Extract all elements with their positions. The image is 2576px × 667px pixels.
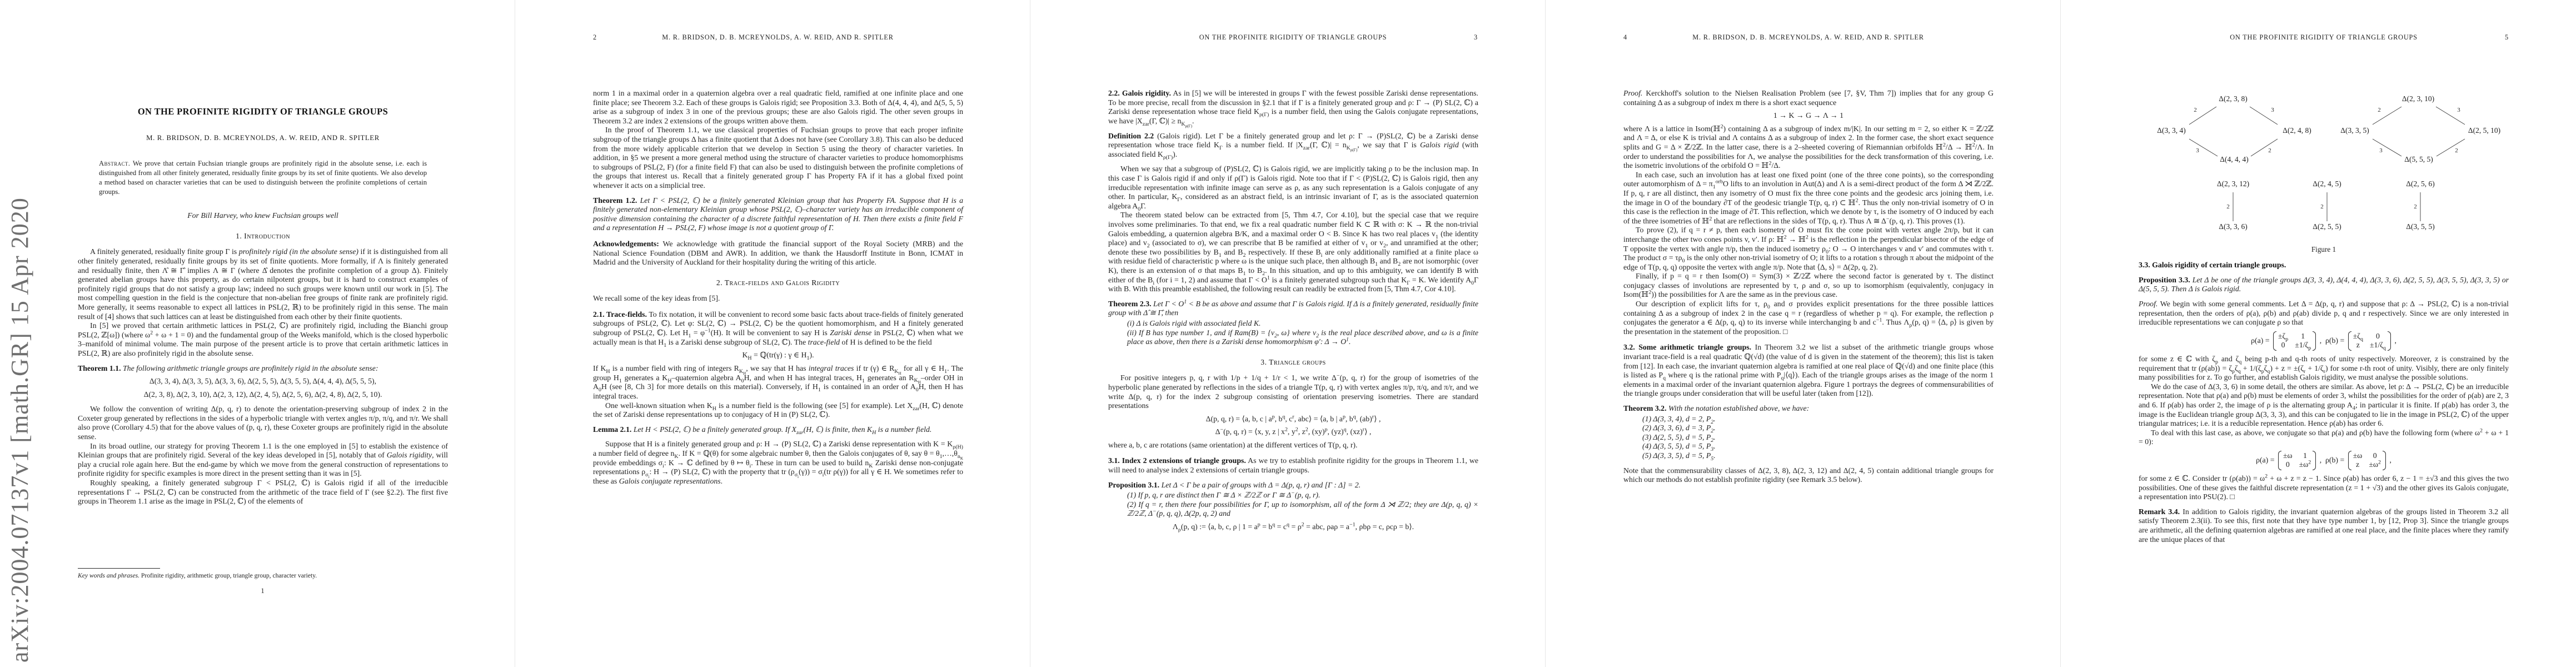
running-head-page-number: 3 <box>1474 33 1478 42</box>
display-exact-sequence: 1 → K → G → Λ → 1 <box>1623 111 1994 121</box>
figure-1: 23322332222Δ(2, 3, 8)Δ(3, 3, 4)Δ(2, 4, 8… <box>2139 89 2509 254</box>
proposition-3-3-text: Let Δ be one of the triangle groups Δ(3,… <box>2139 276 2509 293</box>
page4-para-2: where Λ is a lattice in Isom(ℍ2) contain… <box>1623 125 1994 171</box>
theorem-2-3: Theorem 2.3. Let Γ < O1 < B be as above … <box>1108 300 1478 347</box>
page4-para-3: In each case, such an involution has at … <box>1623 171 1994 226</box>
recall-line: We recall some of the key ideas from [5]… <box>593 294 963 303</box>
svg-text:Δ(3, 5, 5): Δ(3, 5, 5) <box>2406 222 2434 231</box>
running-head-page-number: 4 <box>1623 33 1627 42</box>
theorem-3-2-item-5: (5) Δ(3, 3, 5), d = 5, P5. <box>1642 451 1994 461</box>
page2-para-4: Suppose that H is a finitely generated g… <box>593 440 963 486</box>
page2-para-1: In the proof of Theorem 1.1, we use clas… <box>593 126 963 190</box>
five-page-spread: arXiv:2004.07137v1 [math.GR] 15 Apr 2020… <box>0 0 2576 667</box>
svg-text:2: 2 <box>2194 107 2197 113</box>
remark-3-4-label: Remark 3.4. <box>2139 507 2180 516</box>
proof-para-3: We do the case of Δ(3, 3, 6) in some det… <box>2139 382 2509 429</box>
section-heading-triangle-groups: 3. Triangle groups <box>1108 358 1478 367</box>
matrix-1-end: , <box>2394 336 2396 345</box>
dedication: For Bill Harvey, who knew Fuchsian group… <box>78 211 448 221</box>
svg-text:2: 2 <box>2378 107 2381 113</box>
footnote-rule <box>78 568 160 569</box>
footnote-label: Key words and phrases. <box>78 572 139 579</box>
page3-para-3: For positive integers p, q, r with 1/p +… <box>1108 374 1478 410</box>
svg-text:2: 2 <box>2226 203 2230 210</box>
remark-3-4-text: In addition to Galois rigidity, the inva… <box>2139 507 2509 544</box>
proposition-3-3: Proposition 3.3. Let Δ be one of the tri… <box>2139 276 2509 294</box>
commensurability-diagram: 23322332222Δ(2, 3, 8)Δ(3, 3, 4)Δ(2, 4, 8… <box>2140 89 2507 238</box>
proof-para-1: We begin with some general comments. Let… <box>2139 300 2509 326</box>
running-head-authors: M. R. BRIDSON, D. B. MCREYNOLDS, A. W. R… <box>1623 33 1993 42</box>
theorem-1-2-text: Let Γ < PSL(2, ℂ) be a finitely generate… <box>593 196 963 232</box>
running-head-page-number: 2 <box>593 33 597 42</box>
matrix-1-mid: , ρ(b) = <box>2320 336 2345 345</box>
subsection-2-2: 2.2. Galois rigidity. As in [5] we will … <box>1108 89 1478 126</box>
proof-label: Proof. <box>2139 300 2158 308</box>
section-heading-introduction: 1. Introduction <box>78 232 448 241</box>
svg-text:Δ(2, 5, 5): Δ(2, 5, 5) <box>2313 222 2341 231</box>
proof-proposition-3-1: Proof. Kerckhoff's solution to the Niels… <box>1623 89 1994 107</box>
theorem-1-1-label: Theorem 1.1. <box>78 364 121 372</box>
page2-para-3: One well-known situation when KH is a nu… <box>593 401 963 420</box>
page-1: arXiv:2004.07137v1 [math.GR] 15 Apr 2020… <box>0 0 515 667</box>
proposition-3-1-label: Proposition 3.1. <box>1108 481 1159 489</box>
subsection-3-3-heading: 3.3. Galois rigidity of certain triangle… <box>2139 261 2286 269</box>
theorem-2-3-item-i: (i) Δ is Galois rigid with associated fi… <box>1127 319 1478 328</box>
lemma-2-1-text: Let H < PSL(2, ℂ) be a finitely generate… <box>634 425 932 434</box>
intro-para-2: In [5] we proved that certain arithmetic… <box>78 321 448 358</box>
matrix-2-end: , <box>2389 456 2391 464</box>
abstract-block: Abstract. We prove that certain Fuchsian… <box>99 159 427 197</box>
theorem-3-2-text: With the notation established above, we … <box>1668 404 1809 412</box>
svg-text:2: 2 <box>2414 203 2417 210</box>
section-heading-trace-fields: 2. Trace-fields and Galois Rigidity <box>593 278 963 288</box>
subsection-3-2: 3.2. Some arithmetic triangle groups. In… <box>1623 343 1994 399</box>
matrix-1-lhs: ρ(a) = <box>2251 336 2269 345</box>
matrix-rho-b: ±ζq0z±1/ζq <box>2348 331 2391 351</box>
page-number-1: 1 <box>78 587 447 595</box>
page3-para-2: The theorem stated below can be extracte… <box>1108 211 1478 293</box>
svg-text:Δ(2, 4, 5): Δ(2, 4, 5) <box>2313 180 2341 188</box>
page4-note: Note that the commensurability classes o… <box>1623 466 1994 485</box>
theorem-3-2-item-4: (4) Δ(3, 5, 5), d = 5, P3. <box>1642 442 1994 451</box>
theorem-1-1-groups-line-1: Δ(3, 3, 4), Δ(3, 3, 5), Δ(3, 3, 6), Δ(2,… <box>78 377 448 386</box>
definition-2-2-label: Definition 2.2 <box>1108 132 1154 140</box>
subsection-3-1: 3.1. Index 2 extensions of triangle grou… <box>1108 456 1478 475</box>
running-head-page-4: 4 M. R. BRIDSON, D. B. MCREYNOLDS, A. W.… <box>1623 33 1993 42</box>
proof-para-5: for some z ∈ ℂ. Consider tr (ρ(ab)) = ω2… <box>2139 474 2509 502</box>
where-line: where a, b, c are rotations (same orient… <box>1108 441 1478 450</box>
running-head-page-number: 5 <box>2505 33 2509 42</box>
lemma-2-1: Lemma 2.1. Let H < PSL(2, ℂ) be a finite… <box>593 425 963 435</box>
running-head-page-5: ON THE PROFINITE RIGIDITY OF TRIANGLE GR… <box>2139 33 2509 42</box>
acknowledgements: Acknowledgements: We acknowledge with gr… <box>593 240 963 267</box>
page4-para-6: Our description of explicit lifts for τ,… <box>1623 300 1994 336</box>
remark-3-4: Remark 3.4. In addition to Galois rigidi… <box>2139 507 2509 544</box>
display-trace-field: KH = ℚ(tr(γ) : γ ∈ H1). <box>593 351 963 360</box>
subsection-2-1-text: To fix notation, it will be convenient t… <box>593 310 963 346</box>
running-head-title: ON THE PROFINITE RIGIDITY OF TRIANGLE GR… <box>2139 33 2509 42</box>
subsection-3-2-label: 3.2. Some arithmetic triangle groups. <box>1623 343 1751 351</box>
svg-text:2: 2 <box>2455 147 2458 154</box>
proposition-3-1-item-1: (1) If p, q, r are distinct then Γ ≅ Δ ×… <box>1127 491 1478 500</box>
theorem-3-2: Theorem 3.2. With the notation establish… <box>1623 404 1994 461</box>
page-4: 4 M. R. BRIDSON, D. B. MCREYNOLDS, A. W.… <box>1546 0 2061 667</box>
subsection-3-1-label: 3.1. Index 2 extensions of triangle grou… <box>1108 456 1246 465</box>
svg-text:Δ(2, 3, 10): Δ(2, 3, 10) <box>2402 94 2434 103</box>
svg-text:Δ(2, 3, 12): Δ(2, 3, 12) <box>2217 180 2249 188</box>
matrix-rho-a: ±ζp10±1/ζp <box>2273 331 2316 351</box>
svg-text:Δ(4, 4, 4): Δ(4, 4, 4) <box>2220 155 2248 163</box>
page2-para-2: If KH is a number field with ring of int… <box>593 364 963 401</box>
proposition-3-1: Proposition 3.1. Let Δ < Γ be a pair of … <box>1108 481 1478 532</box>
theorem-1-1: Theorem 1.1. The following arithmetic tr… <box>78 364 448 400</box>
page4-para-4: To prove (2), if q = r ≠ p, then each is… <box>1623 226 1994 272</box>
abstract-label: Abstract. <box>99 160 130 167</box>
svg-text:2: 2 <box>2320 203 2324 210</box>
abstract-text: We prove that certain Fuchsian triangle … <box>99 160 427 196</box>
intro-para-1: A finitely generated, residually finite … <box>78 247 448 321</box>
matrix-rho-b-omega: ±ω0z±ω2 <box>2348 451 2386 470</box>
theorem-2-3-text: Let Γ < O1 < B be as above and assume th… <box>1108 300 1478 317</box>
page4-para-5: Finally, if p = q = r then Isom(O) = Sym… <box>1623 272 1994 300</box>
proposition-3-1-text: Let Δ < Γ be a pair of groups with Δ = Δ… <box>1162 481 1361 489</box>
proof-para-2: for some z ∈ ℂ with ζp and ζq being p-th… <box>2139 355 2509 382</box>
arxiv-watermark: arXiv:2004.07137v1 [math.GR] 15 Apr 2020 <box>6 197 34 663</box>
svg-text:Δ(3, 3, 5): Δ(3, 3, 5) <box>2340 126 2369 135</box>
matrix-2-mid: , ρ(b) = <box>2320 456 2345 464</box>
paper-title: ON THE PROFINITE RIGIDITY OF TRIANGLE GR… <box>78 107 448 117</box>
matrix-2-lhs: ρ(a) = <box>2256 456 2274 464</box>
theorem-1-1-text: The following arithmetic triangle groups… <box>123 364 378 372</box>
svg-text:Δ(2, 5, 6): Δ(2, 5, 6) <box>2406 180 2434 188</box>
display-lambda-presentation: Λρ(p, q) := ⟨a, b, c, ρ | 1 = ap = bq = … <box>1108 522 1478 532</box>
matrix-display-1: ρ(a) = ±ζp10±1/ζp , ρ(b) = ±ζq0z±1/ζq , <box>2139 331 2509 351</box>
subsection-2-2-label: 2.2. Galois rigidity. <box>1108 89 1171 97</box>
theorem-1-2: Theorem 1.2. Let Γ < PSL(2, ℂ) be a fini… <box>593 196 963 233</box>
page-2: 2 M. R. BRIDSON, D. B. MCREYNOLDS, A. W.… <box>515 0 1030 667</box>
subsection-2-1: 2.1. Trace-fields. To fix notation, it w… <box>593 310 963 347</box>
definition-2-2-text: (Galois rigid). Let Γ be a finitely gene… <box>1108 132 1478 158</box>
footnote-text: Profinite rigidity, arithmetic group, tr… <box>141 572 317 579</box>
proof-label: Proof. <box>1623 89 1642 97</box>
proof-proposition-3-3: Proof. We begin with some general commen… <box>2139 300 2509 327</box>
subsection-2-1-label: 2.1. Trace-fields. <box>593 310 647 318</box>
authors-line: M. R. BRIDSON, D. B. MCREYNOLDS, A. W. R… <box>78 133 448 143</box>
running-head-authors: M. R. BRIDSON, D. B. MCREYNOLDS, A. W. R… <box>593 33 963 42</box>
svg-text:3: 3 <box>2196 147 2199 154</box>
svg-text:Δ(2, 5, 10): Δ(2, 5, 10) <box>2468 126 2500 135</box>
running-head-title: ON THE PROFINITE RIGIDITY OF TRIANGLE GR… <box>1108 33 1478 42</box>
page-5: ON THE PROFINITE RIGIDITY OF TRIANGLE GR… <box>2061 0 2576 667</box>
intro-para-5: Roughly speaking, a finitely generated s… <box>78 479 448 506</box>
lemma-2-1-label: Lemma 2.1. <box>593 425 631 434</box>
display-presentation-1: Δ(p, q, r) = ⟨a, b, c | ap, bq, cr, abc⟩… <box>1108 415 1478 424</box>
svg-text:2: 2 <box>2268 147 2271 154</box>
theorem-1-1-groups-line-2: Δ(2, 3, 8), Δ(2, 3, 10), Δ(2, 3, 12), Δ(… <box>78 390 448 400</box>
svg-text:3: 3 <box>2457 107 2460 113</box>
svg-text:Δ(2, 4, 8): Δ(2, 4, 8) <box>2283 126 2311 135</box>
intro-para-3: We follow the convention of writing Δ(p,… <box>78 405 448 441</box>
theorem-3-2-item-1: (1) Δ(3, 3, 4), d = 2, P2. <box>1642 415 1994 424</box>
figure-caption: Figure 1 <box>2139 245 2509 255</box>
proposition-3-1-item-2: (2) If q = r, then there four possibilit… <box>1127 500 1478 519</box>
svg-text:Δ(5, 5, 5): Δ(5, 5, 5) <box>2404 155 2433 163</box>
svg-text:Δ(2, 3, 8): Δ(2, 3, 8) <box>2219 94 2247 103</box>
matrix-display-2: ρ(a) = ±ω10±ω2 , ρ(b) = ±ω0z±ω2 , <box>2139 451 2509 470</box>
svg-text:3: 3 <box>2271 107 2274 113</box>
intro-para-4: In its broad outline, our strategy for p… <box>78 442 448 479</box>
running-head-page-3: ON THE PROFINITE RIGIDITY OF TRIANGLE GR… <box>1108 33 1478 42</box>
continuation-para: norm 1 in a maximal order in a quaternio… <box>593 89 963 126</box>
theorem-3-2-label: Theorem 3.2. <box>1623 404 1667 412</box>
definition-2-2: Definition 2.2 (Galois rigid). Let Γ be … <box>1108 132 1478 160</box>
page3-para-1: When we say that a subgroup of (P)SL(2, … <box>1108 165 1478 211</box>
matrix-rho-a-omega: ±ω10±ω2 <box>2278 451 2316 470</box>
svg-text:Δ(3, 3, 6): Δ(3, 3, 6) <box>2219 222 2247 231</box>
page-3: ON THE PROFINITE RIGIDITY OF TRIANGLE GR… <box>1030 0 1546 667</box>
running-head-page-2: 2 M. R. BRIDSON, D. B. MCREYNOLDS, A. W.… <box>593 33 963 42</box>
theorem-3-2-item-3: (3) Δ(2, 5, 5), d = 5, P2. <box>1642 433 1994 442</box>
proof-para-1: Kerckhoff's solution to the Nielsen Real… <box>1623 89 1994 107</box>
footnote: Key words and phrases. Profinite rigidit… <box>78 568 447 580</box>
theorem-3-2-item-2: (2) Δ(3, 3, 6), d = 3, P2. <box>1642 424 1994 433</box>
theorem-2-3-label: Theorem 2.3. <box>1108 300 1152 308</box>
proposition-3-3-label: Proposition 3.3. <box>2139 276 2190 284</box>
proof-para-4: To deal with this last case, as above, w… <box>2139 429 2509 447</box>
theorem-2-3-item-ii: (ii) If B has type number 1, and if Ram(… <box>1127 328 1478 347</box>
acknowledgements-label: Acknowledgements: <box>593 240 659 248</box>
svg-text:3: 3 <box>2379 147 2383 154</box>
theorem-1-2-label: Theorem 1.2. <box>593 196 637 205</box>
display-presentation-2: Δ−(p, q, r) = ⟨x, y, z | x2, y2, z2, (xy… <box>1108 427 1478 437</box>
svg-text:Δ(3, 3, 4): Δ(3, 3, 4) <box>2157 126 2185 135</box>
